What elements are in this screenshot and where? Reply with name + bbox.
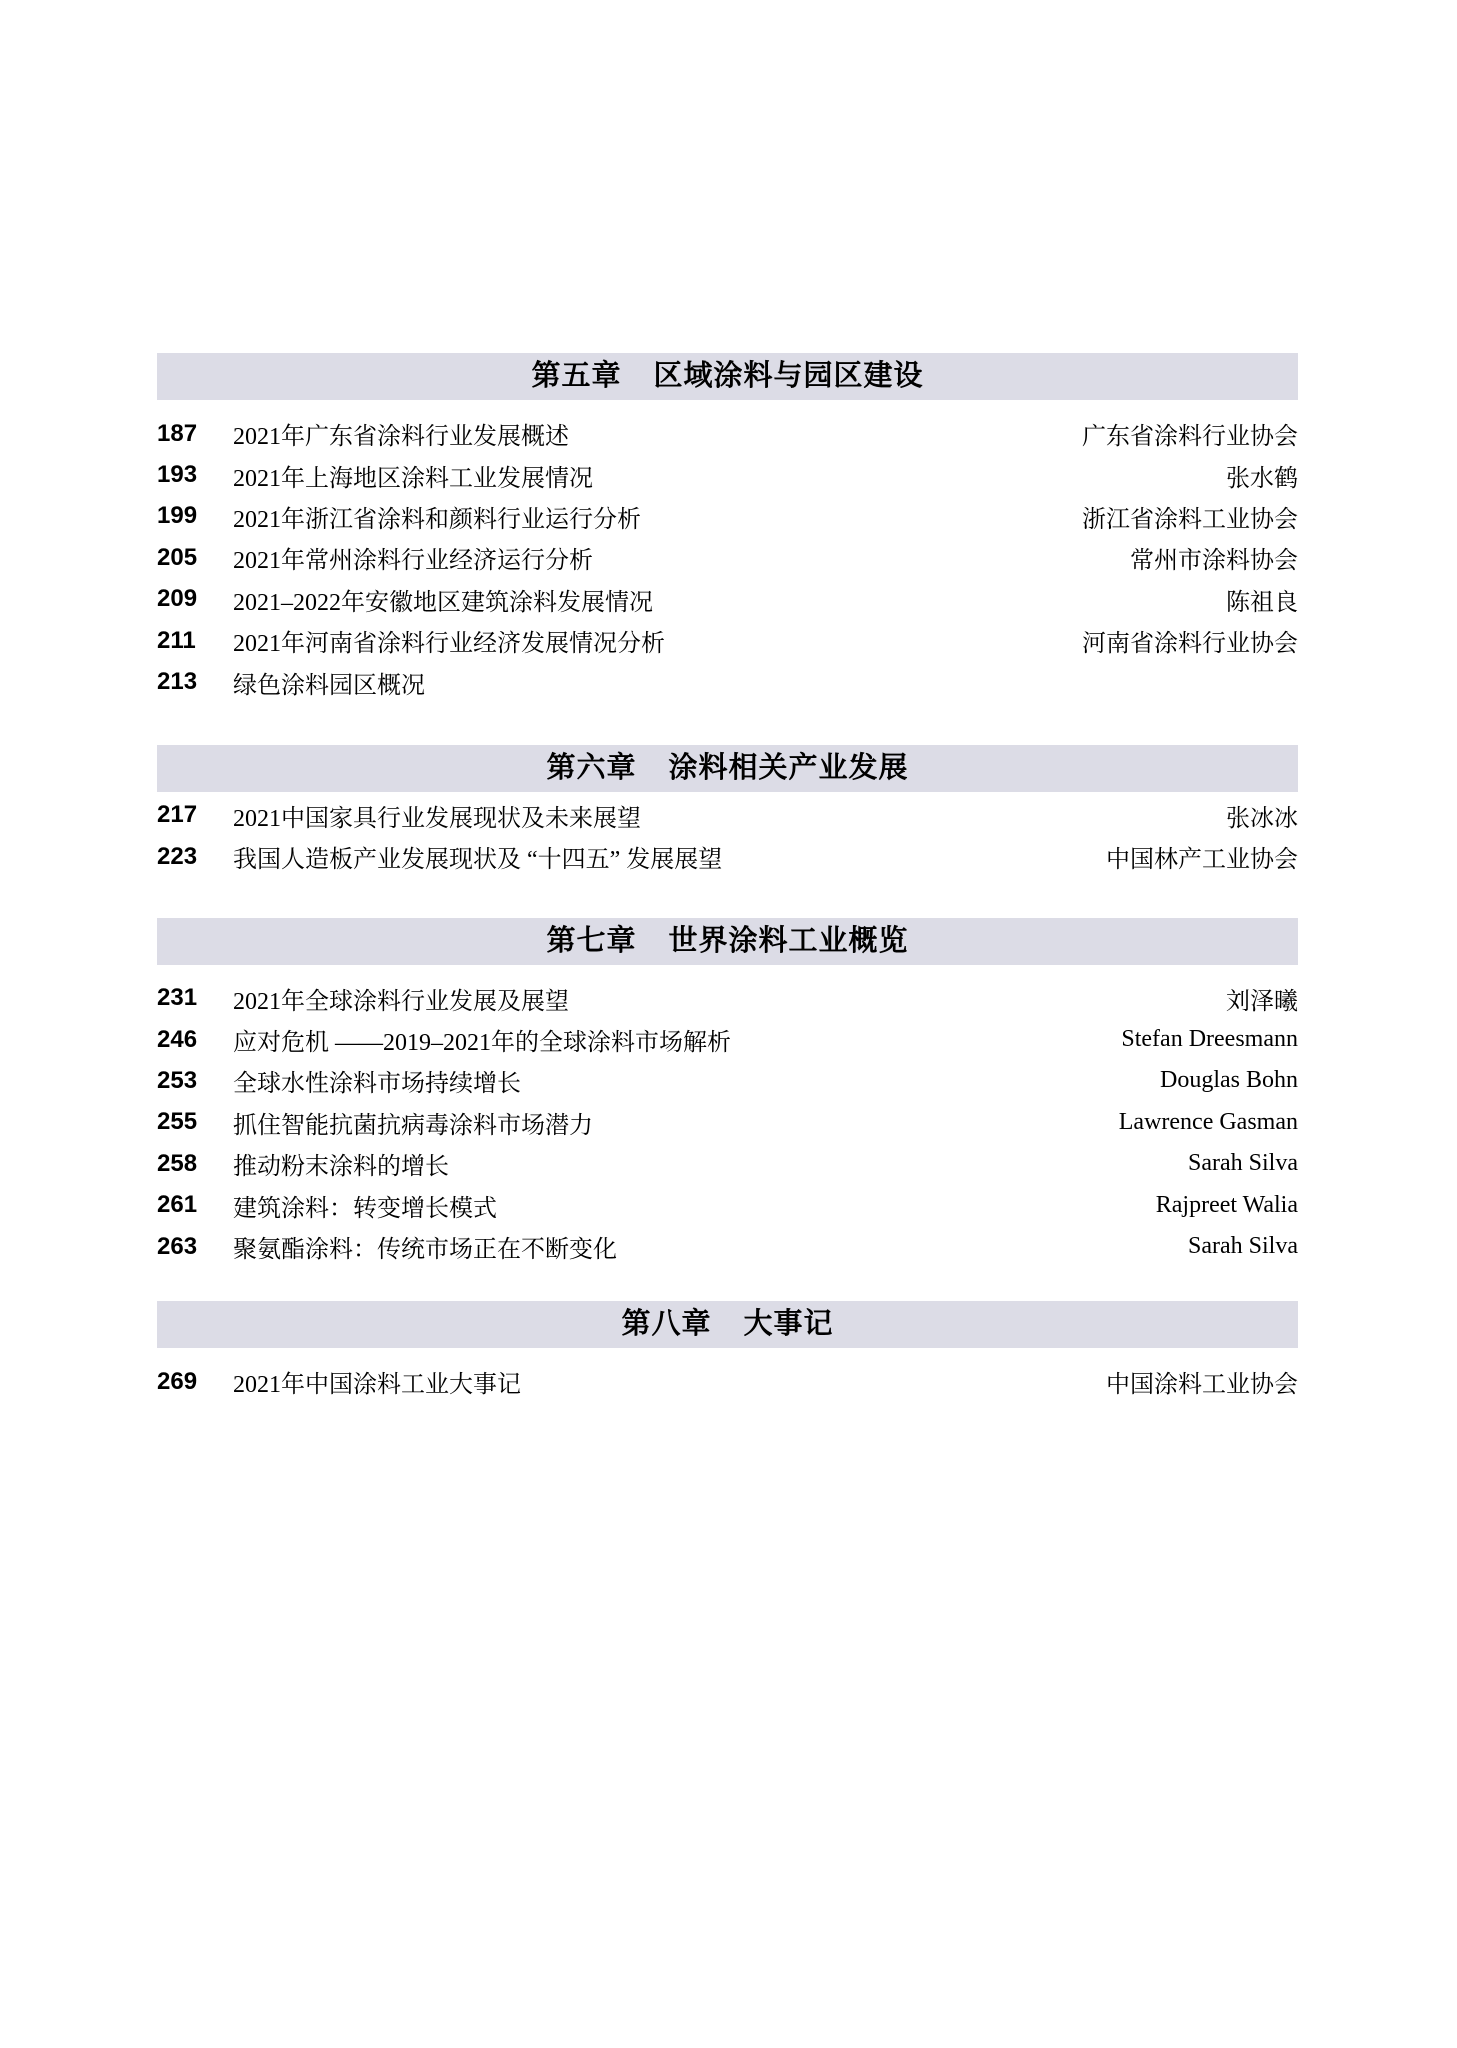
entry-author: 张水鹤 xyxy=(1226,458,1298,493)
chapter-label: 第六章 xyxy=(547,752,637,784)
entry-title: 全球水性涂料市场持续增长 xyxy=(233,1063,1160,1098)
entry-title: 2021中国家具行业发展现状及未来展望 xyxy=(233,798,1226,833)
entry-title: 2021年广东省涂料行业发展概述 xyxy=(233,416,1082,451)
entry-page-number: 211 xyxy=(157,627,233,655)
entry-title: 应对危机 ——2019–2021年的全球涂料市场解析 xyxy=(233,1022,1121,1057)
chapter-label: 第五章 xyxy=(532,360,622,392)
chapter-header-bar: 第五章区域涂料与园区建设 xyxy=(157,353,1298,400)
entry-author: 常州市涂料协会 xyxy=(1130,540,1298,575)
entry-title: 推动粉末涂料的增长 xyxy=(233,1146,1188,1181)
entry-author: 陈祖良 xyxy=(1226,582,1298,617)
entry-author: Sarah Silva xyxy=(1188,1233,1298,1260)
entry-title: 我国人造板产业发展现状及 “十四五” 发展展望 xyxy=(233,839,1106,874)
entry-page-number: 253 xyxy=(157,1067,233,1095)
toc-page: 第五章区域涂料与园区建设 187 2021年广东省涂料行业发展概述 广东省涂料行… xyxy=(0,0,1457,2048)
toc-entry-row: 205 2021年常州涂料行业经济运行分析 常州市涂料协会 xyxy=(157,537,1298,578)
chapter-title: 区域涂料与园区建设 xyxy=(653,360,923,392)
chapter-title: 涂料相关产业发展 xyxy=(668,752,908,784)
entry-page-number: 263 xyxy=(157,1233,233,1261)
toc-entry-row: 187 2021年广东省涂料行业发展概述 广东省涂料行业协会 xyxy=(157,413,1298,454)
chapter-section: 第七章世界涂料工业概览 231 2021年全球涂料行业发展及展望 刘泽曦 246… xyxy=(157,918,1298,1268)
chapter-label: 第八章 xyxy=(622,1308,712,1340)
chapter-section: 第六章涂料相关产业发展 217 2021中国家具行业发展现状及未来展望 张冰冰 … xyxy=(157,745,1298,878)
toc-list: 269 2021年中国涂料工业大事记 中国涂料工业协会 xyxy=(157,1361,1298,1402)
entry-page-number: 193 xyxy=(157,461,233,489)
entry-page-number: 246 xyxy=(157,1026,233,1054)
entry-page-number: 255 xyxy=(157,1108,233,1136)
chapter-title: 大事记 xyxy=(743,1308,833,1340)
entry-title: 聚氨酯涂料：传统市场正在不断变化 xyxy=(233,1229,1188,1264)
entry-author: Douglas Bohn xyxy=(1160,1067,1298,1094)
entry-title: 2021–2022年安徽地区建筑涂料发展情况 xyxy=(233,582,1226,617)
toc-entry-row: 263 聚氨酯涂料：传统市场正在不断变化 Sarah Silva xyxy=(157,1226,1298,1267)
entry-page-number: 258 xyxy=(157,1150,233,1178)
entry-author: 中国林产工业协会 xyxy=(1106,839,1298,874)
toc-entry-row: 246 应对危机 ——2019–2021年的全球涂料市场解析 Stefan Dr… xyxy=(157,1019,1298,1060)
entry-author: 中国涂料工业协会 xyxy=(1106,1364,1298,1399)
entry-page-number: 231 xyxy=(157,984,233,1012)
entry-page-number: 269 xyxy=(157,1368,233,1396)
entry-author: 浙江省涂料工业协会 xyxy=(1082,499,1298,534)
toc-entry-row: 231 2021年全球涂料行业发展及展望 刘泽曦 xyxy=(157,978,1298,1019)
chapter-header-bar: 第七章世界涂料工业概览 xyxy=(157,918,1298,965)
toc-entry-row: 223 我国人造板产业发展现状及 “十四五” 发展展望 中国林产工业协会 xyxy=(157,836,1298,877)
toc-list: 217 2021中国家具行业发展现状及未来展望 张冰冰 223 我国人造板产业发… xyxy=(157,795,1298,878)
entry-title: 2021年河南省涂料行业经济发展情况分析 xyxy=(233,623,1082,658)
toc-entry-row: 253 全球水性涂料市场持续增长 Douglas Bohn xyxy=(157,1060,1298,1101)
entry-title: 2021年中国涂料工业大事记 xyxy=(233,1364,1106,1399)
chapter-section: 第五章区域涂料与园区建设 187 2021年广东省涂料行业发展概述 广东省涂料行… xyxy=(157,353,1298,703)
entry-author: Sarah Silva xyxy=(1188,1150,1298,1177)
entry-author: 张冰冰 xyxy=(1226,798,1298,833)
entry-page-number: 261 xyxy=(157,1191,233,1219)
entry-author: 河南省涂料行业协会 xyxy=(1082,623,1298,658)
chapter-label: 第七章 xyxy=(547,925,637,957)
toc-entry-row: 211 2021年河南省涂料行业经济发展情况分析 河南省涂料行业协会 xyxy=(157,620,1298,661)
chapter-header-bar: 第六章涂料相关产业发展 xyxy=(157,745,1298,792)
chapter-header-bar: 第八章大事记 xyxy=(157,1301,1298,1348)
entry-title: 绿色涂料园区概况 xyxy=(233,665,1298,700)
toc-entry-row: 269 2021年中国涂料工业大事记 中国涂料工业协会 xyxy=(157,1361,1298,1402)
chapter-title: 世界涂料工业概览 xyxy=(668,925,908,957)
toc-entry-row: 255 抓住智能抗菌抗病毒涂料市场潜力 Lawrence Gasman xyxy=(157,1102,1298,1143)
entry-title: 2021年全球涂料行业发展及展望 xyxy=(233,981,1226,1016)
entry-author: 广东省涂料行业协会 xyxy=(1082,416,1298,451)
toc-list: 187 2021年广东省涂料行业发展概述 广东省涂料行业协会 193 2021年… xyxy=(157,413,1298,703)
entry-page-number: 213 xyxy=(157,668,233,696)
entry-author: Stefan Dreesmann xyxy=(1121,1026,1298,1053)
entry-title: 2021年浙江省涂料和颜料行业运行分析 xyxy=(233,499,1082,534)
toc-entry-row: 217 2021中国家具行业发展现状及未来展望 张冰冰 xyxy=(157,795,1298,836)
entry-page-number: 205 xyxy=(157,544,233,572)
toc-list: 231 2021年全球涂料行业发展及展望 刘泽曦 246 应对危机 ——2019… xyxy=(157,978,1298,1268)
chapter-sections-container: 第五章区域涂料与园区建设 187 2021年广东省涂料行业发展概述 广东省涂料行… xyxy=(157,353,1298,1403)
toc-entry-row: 213 绿色涂料园区概况 xyxy=(157,661,1298,702)
entry-title: 2021年常州涂料行业经济运行分析 xyxy=(233,540,1130,575)
toc-entry-row: 261 建筑涂料：转变增长模式 Rajpreet Walia xyxy=(157,1184,1298,1225)
entry-author: 刘泽曦 xyxy=(1226,981,1298,1016)
entry-page-number: 199 xyxy=(157,502,233,530)
entry-title: 抓住智能抗菌抗病毒涂料市场潜力 xyxy=(233,1105,1119,1140)
chapter-section: 第八章大事记 269 2021年中国涂料工业大事记 中国涂料工业协会 xyxy=(157,1301,1298,1402)
entry-page-number: 217 xyxy=(157,801,233,829)
entry-title: 2021年上海地区涂料工业发展情况 xyxy=(233,458,1226,493)
entry-title: 建筑涂料：转变增长模式 xyxy=(233,1188,1156,1223)
entry-author: Rajpreet Walia xyxy=(1156,1192,1298,1219)
toc-entry-row: 258 推动粉末涂料的增长 Sarah Silva xyxy=(157,1143,1298,1184)
entry-page-number: 209 xyxy=(157,585,233,613)
toc-entry-row: 193 2021年上海地区涂料工业发展情况 张水鹤 xyxy=(157,454,1298,495)
entry-page-number: 223 xyxy=(157,843,233,871)
toc-entry-row: 209 2021–2022年安徽地区建筑涂料发展情况 陈祖良 xyxy=(157,579,1298,620)
toc-entry-row: 199 2021年浙江省涂料和颜料行业运行分析 浙江省涂料工业协会 xyxy=(157,496,1298,537)
entry-page-number: 187 xyxy=(157,420,233,448)
entry-author: Lawrence Gasman xyxy=(1119,1109,1298,1136)
